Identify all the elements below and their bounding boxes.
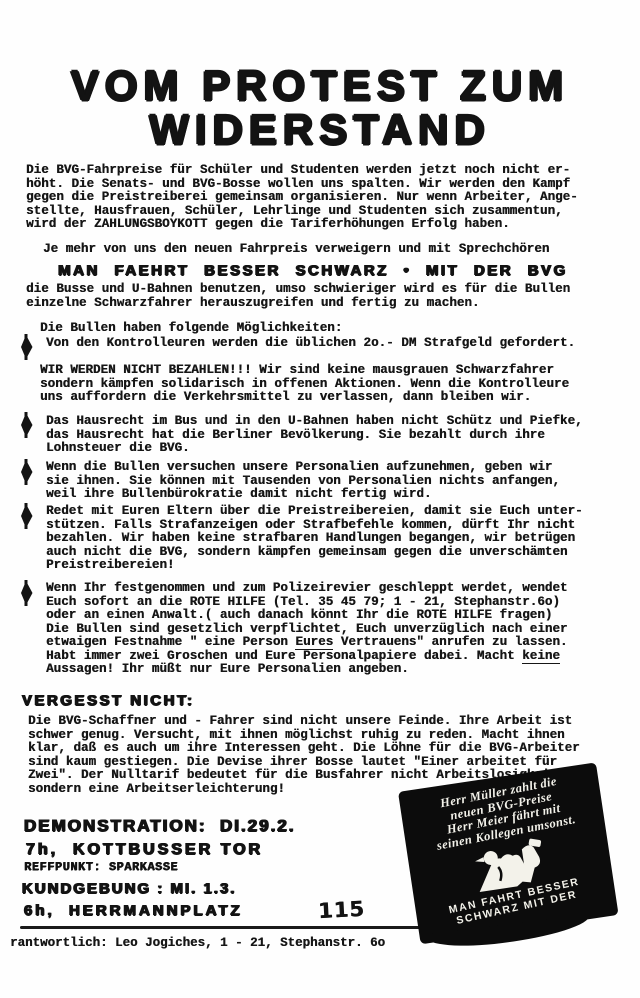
demo-time-place-line: 7h, KOTTBUSSER TOR (26, 841, 263, 859)
page-number: 115 (317, 897, 365, 923)
divider-line (20, 926, 460, 929)
bullet-item-3: Wenn die Bullen versuchen unsere Persona… (46, 461, 624, 502)
bullet-item-1: Von den Kontrolleuren werden die übliche… (46, 337, 624, 351)
arrow-bullet-icon (18, 459, 34, 490)
kundgebung-line: KUNDGEBUNG : MI. 1.3. (22, 880, 237, 897)
intro-paragraph: Die BVG-Fahrpreise für Schüler und Stude… (26, 164, 626, 232)
demonstration-line: DEMONSTRATION: DI.29.2. (24, 816, 296, 836)
arrow-bullet-icon (18, 580, 34, 611)
arrow-bullet-icon (18, 334, 34, 365)
treffpunkt-line: REFFPUNKT: SPARKASSE (24, 860, 178, 874)
slogan-headline: MAN FAEHRT BESSER SCHWARZ • MIT DER BVG (0, 262, 626, 279)
page-title: VOM PROTEST ZUM WIDERSTAND (0, 64, 640, 152)
bullet-item-4: Redet mit Euren Eltern über die Preistre… (46, 505, 624, 573)
sticker: Herr Müller zahlt dieneuen BVG-PreiseHer… (398, 762, 619, 944)
je-mehr-line: Je mehr von uns den neuen Fahrpreis verw… (43, 243, 633, 257)
vergesst-heading: VERGESST NICHT: (22, 692, 195, 709)
arrow-bullet-icon (18, 503, 34, 534)
underlined-word: keine (522, 649, 560, 664)
imprint-line: rantwortlich: Leo Jogiches, 1 - 21, Step… (10, 936, 385, 950)
kundgebung-place-line: 6h, HERRMANNPLATZ (24, 902, 243, 919)
text-run: Aussagen! Ihr müßt nur Eure Personalien … (46, 662, 409, 676)
bullet-item-2: Das Hausrecht im Bus und in den U-Bahnen… (46, 415, 624, 456)
flyer-page: VOM PROTEST ZUM WIDERSTAND Die BVG-Fahrp… (0, 0, 640, 998)
arrow-bullet-icon (18, 412, 34, 443)
bullet-item-5: Wenn Ihr festgenommen und zum Polizeirev… (46, 582, 624, 677)
options-heading: Die Bullen haben folgende Möglichkeiten: (40, 322, 620, 336)
bullet-item-1-note: WIR WERDEN NICHT BEZAHLEN!!! Wir sind ke… (40, 364, 630, 405)
slogan-follow-paragraph: die Busse und U-Bahnen benutzen, umso sc… (26, 283, 626, 310)
